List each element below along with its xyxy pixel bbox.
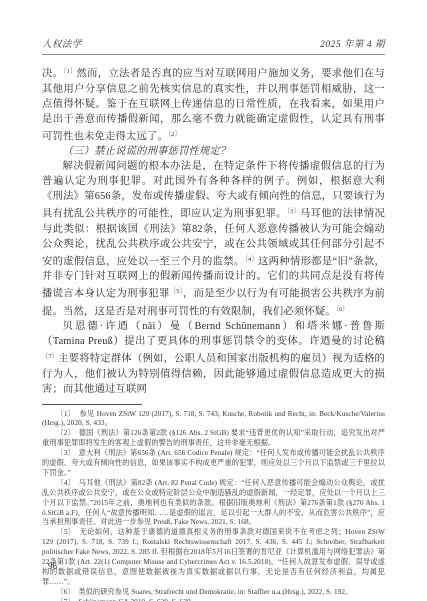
body-paragraph: 决。〔1〕然而，立法者是否真的应当对互联网用户施加义务，要求他们在与其他用户分享…: [42, 64, 385, 144]
footnote-item: 〔6〕 类似的研究参见 Soares, Strafrecht und Demok…: [42, 588, 385, 598]
footnote-item: 〔3〕 意大利《刑法》第656条 (Art. 656 Codice Penale…: [42, 449, 385, 479]
issue-label: 2025 年第 4 期: [320, 36, 385, 50]
footnotes: 〔1〕 参见 Hoven ZStW 129 (2017), S. 718, S.…: [42, 410, 385, 601]
section-heading: （三）禁止说谎的刑事惩罚性规定？: [42, 144, 385, 159]
footnote-item: 〔2〕 德国《刑法》第126条第2款 (§126 Abs. 2 StGB) 要求…: [42, 429, 385, 449]
footnote-item: 〔5〕 无论如何，这种基于康德的道德真相义务的刑事条款对德国来说不在考虑之列；H…: [42, 528, 385, 587]
journal-page: 人权法学 2025 年第 4 期 决。〔1〕然而，立法者是否真的应当对互联网用户…: [0, 0, 427, 601]
footnote-ref: 〔1〕: [63, 68, 76, 75]
body-paragraph: 贝恩德·许迺（nǎi）曼（Bernd Schünemann）和塔米娜·普鲁斯（T…: [42, 319, 385, 397]
page-header: 人权法学 2025 年第 4 期: [42, 36, 385, 50]
footnote-separator: [42, 404, 142, 405]
header-rule: [42, 54, 385, 55]
footnote-ref: 〔6〕: [336, 306, 349, 313]
footnote-ref: 〔4〕: [245, 256, 258, 263]
footnote-item: 〔1〕 参见 Hoven ZStW 129 (2017), S. 718, S.…: [42, 410, 385, 430]
footnote-ref: 〔7〕: [42, 353, 58, 360]
footnote-item: 〔4〕 马耳他《刑法》第82条 (Art. 82 Penal Code) 规定：…: [42, 479, 385, 529]
page-number: 96: [48, 561, 57, 571]
footnote-ref: 〔5〕: [170, 288, 183, 295]
journal-title: 人权法学: [42, 36, 82, 50]
article-body: 决。〔1〕然而，立法者是否真的应当对互联网用户施加义务，要求他们在与其他用户分享…: [42, 64, 385, 397]
footnote-ref: 〔3〕: [287, 208, 300, 215]
footnote-ref: 〔2〕: [168, 131, 181, 138]
body-paragraph: 解决假新闻问题的根本办法是，在特定条件下将传播虚假信息的行为普遍认定为刑事犯罪。…: [42, 159, 385, 319]
